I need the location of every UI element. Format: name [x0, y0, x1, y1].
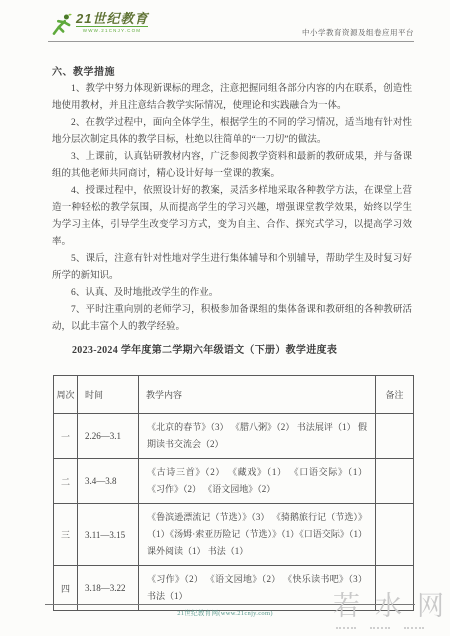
week-cell: 三 — [54, 504, 78, 566]
header-time: 时间 — [78, 376, 139, 414]
watermark-subtext-marks — [336, 626, 446, 629]
week-cell: 一 — [54, 414, 78, 459]
note-cell — [376, 459, 414, 504]
content-cell: 《鲁滨逊漂流记（节选）》（3） 《骑鹅旅行记（节选）》（1）《汤姆·索亚历险记（… — [139, 504, 376, 566]
measure-paragraph-1: 1、教学中努力体现新课标的理念，注意把握同组各部分内容的内在联系，创造性地使用教… — [52, 81, 412, 115]
header-tagline: 中小学教育资源及组卷应用平台 — [302, 27, 414, 41]
measure-paragraph-4: 4、授课过程中，依照设计好的教案，灵活多样地采取各种教学方法，在课堂上营造一种轻… — [52, 183, 412, 251]
schedule-table-title: 2023-2024 学年度第二学期六年级语文（下册）教学进度表 — [52, 343, 412, 359]
ruoshui-watermark: 若水网 — [333, 591, 450, 621]
header-week: 周次 — [54, 376, 78, 414]
note-cell — [376, 504, 414, 566]
note-cell — [376, 414, 414, 459]
schedule-table: 周次 时间 教学内容 备注 一 2.26—3.1 《北京的春节》（3） 《腊八粥… — [53, 375, 414, 611]
document-body: 六、教学措施 1、教学中努力体现新课标的理念，注意把握同组各部分内容的内在联系，… — [52, 64, 412, 359]
measure-paragraph-5: 5、课后，注意有针对性地对学生进行集体辅导和个别辅导，帮助学生及时复习好所学的新… — [52, 251, 412, 285]
week-cell: 二 — [54, 459, 78, 504]
document-page: 21世纪教育 WWW.21CNJY.COM 中小学教育资源及组卷应用平台 六、教… — [0, 0, 450, 636]
section-heading: 六、教学措施 — [52, 64, 412, 81]
table-row: 一 2.26—3.1 《北京的春节》（3） 《腊八粥》（2） 书法展评（1） 假… — [54, 414, 414, 459]
brand-logo: 21世纪教育 WWW.21CNJY.COM — [48, 12, 148, 41]
measure-paragraph-3: 3、上课前，认真钻研教材内容，广泛参阅教学资料和最新的教研成果，并与备课组的其他… — [52, 149, 412, 183]
time-cell: 3.4—3.8 — [78, 459, 139, 504]
brand-name: 21世纪教育 — [76, 12, 148, 26]
content-cell: 《古诗三首》（2） 《藏戏》（1） 《口语交际》（1） 《习作》（2） 《语文园… — [139, 459, 376, 504]
brand-url: WWW.21CNJY.COM — [76, 26, 148, 34]
header-note: 备注 — [376, 376, 414, 414]
table-row: 二 3.4—3.8 《古诗三首》（2） 《藏戏》（1） 《口语交际》（1） 《习… — [54, 459, 414, 504]
measure-paragraph-7: 7、平时注重向别的老师学习，积极参加备课组的集体备课和教研组的各种教研活动，以此… — [52, 302, 412, 336]
measure-paragraph-2: 2、在教学过程中，面向全体学生，根据学生的不同的学习情况，适当地有针对性地分层次… — [52, 115, 412, 149]
page-header: 21世纪教育 WWW.21CNJY.COM 中小学教育资源及组卷应用平台 — [48, 0, 414, 42]
content-cell: 《北京的春节》（3） 《腊八粥》（2） 书法展评（1） 假期读书交流会（2） — [139, 414, 376, 459]
runner-icon — [48, 12, 74, 39]
table-row: 三 3.11—3.15 《鲁滨逊漂流记（节选）》（3） 《骑鹅旅行记（节选）》（… — [54, 504, 414, 566]
header-content: 教学内容 — [139, 376, 376, 414]
measure-paragraph-6: 6、认真、及时地批改学生的作业。 — [52, 285, 412, 302]
time-cell: 3.11—3.15 — [78, 504, 139, 566]
time-cell: 2.26—3.1 — [78, 414, 139, 459]
brand-text-block: 21世纪教育 WWW.21CNJY.COM — [76, 12, 148, 34]
table-header-row: 周次 时间 教学内容 备注 — [54, 376, 414, 414]
